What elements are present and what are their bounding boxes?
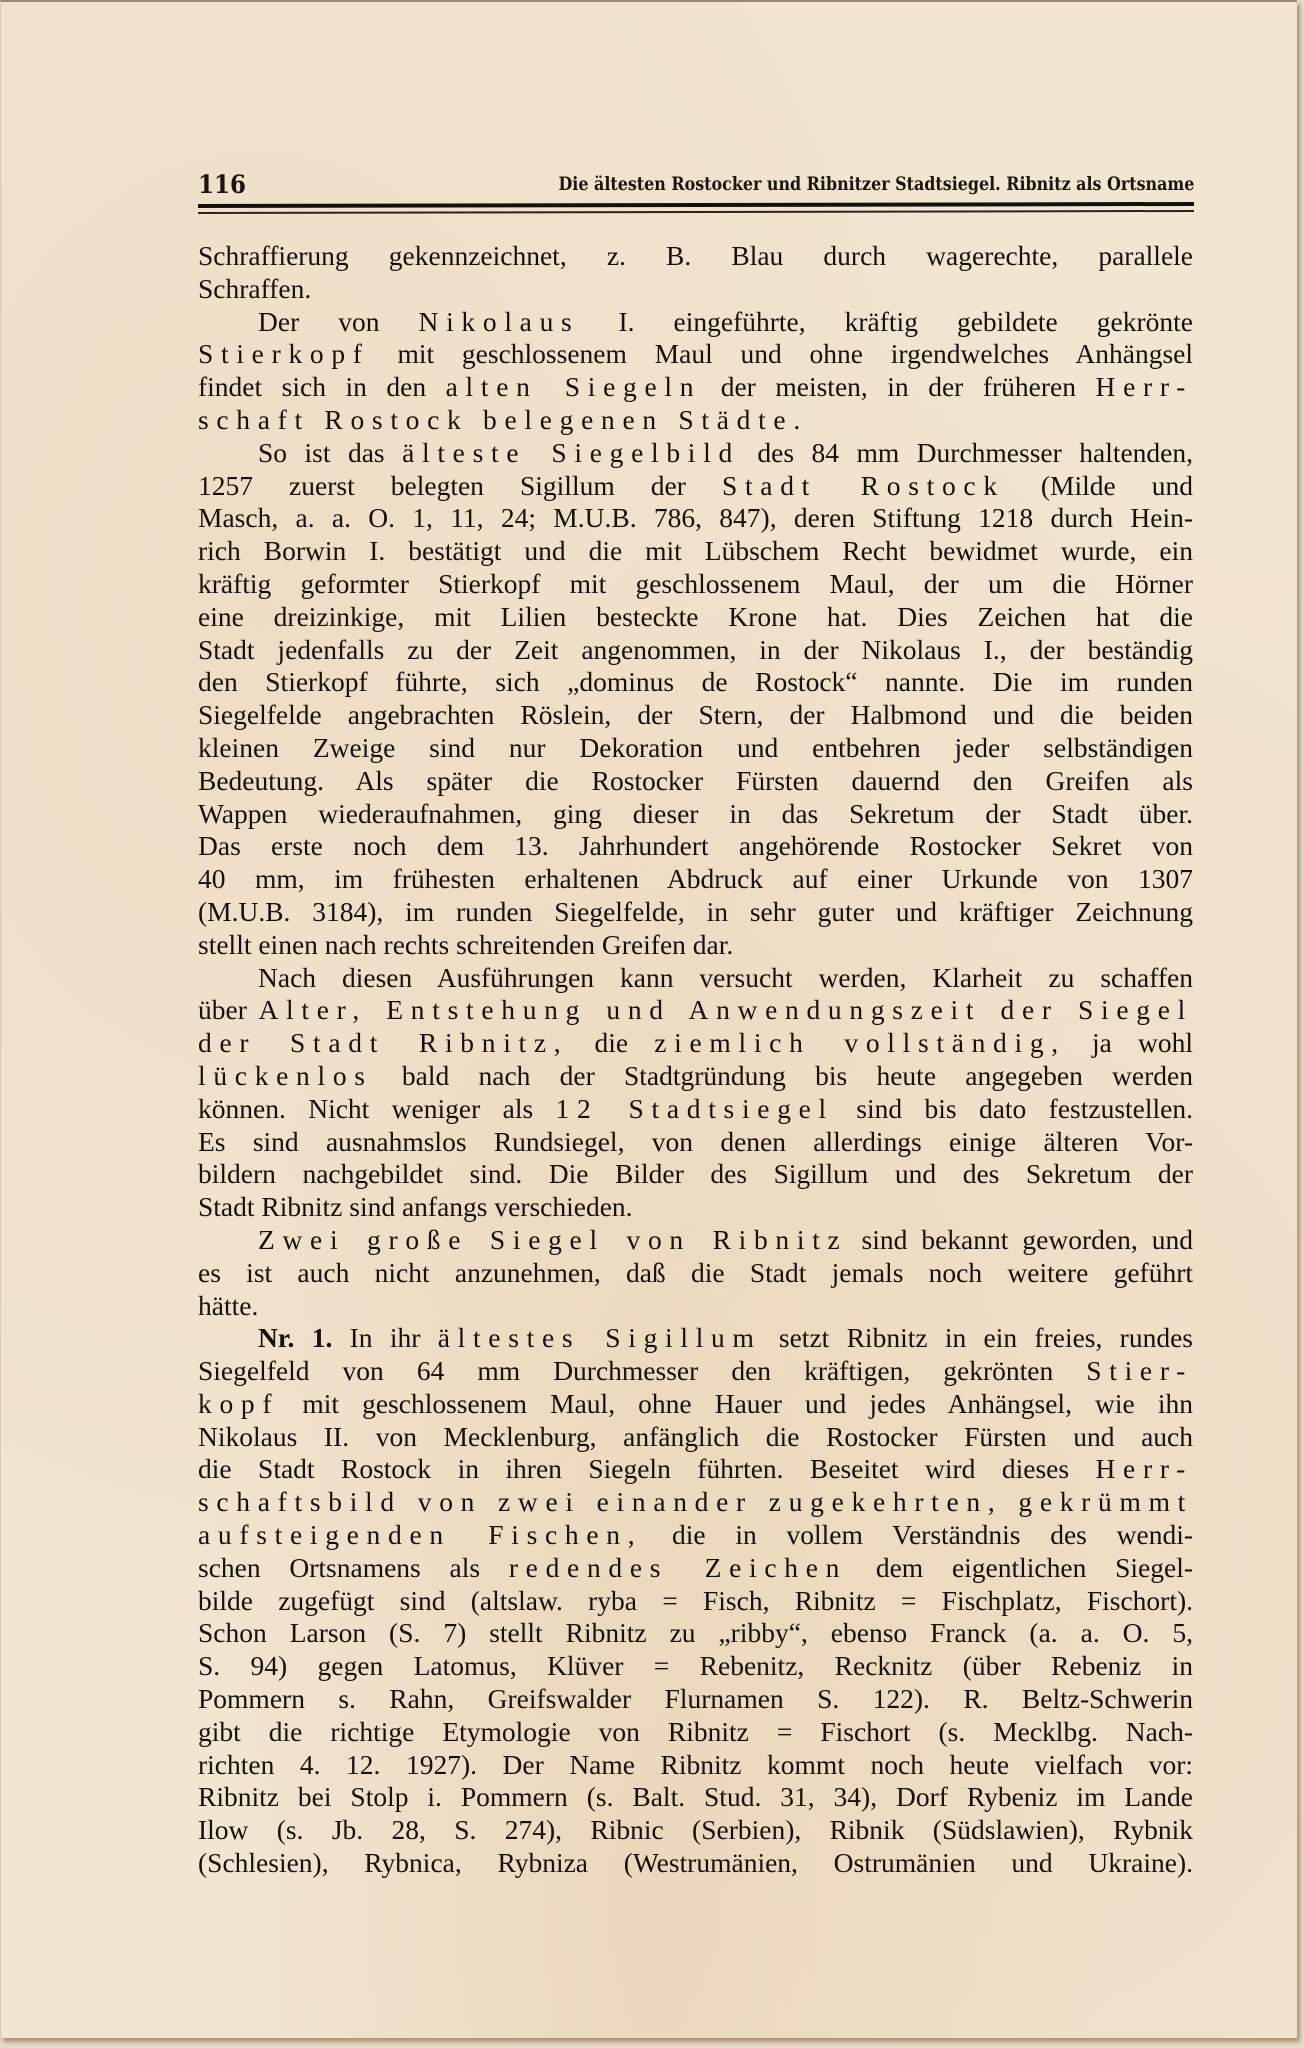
text-line: kopf mit geschlossenem Maul, ohne Hauer … <box>198 1388 1193 1421</box>
text-line: Stadt jedenfalls zu der Zeit angenommen,… <box>198 634 1193 667</box>
text-line: Stadt Ribnitz sind anfangs verschieden. <box>198 1191 1193 1224</box>
text-run: findet sich in den <box>198 371 446 402</box>
spaced-emphasis: der Stadt Ribnitz, <box>198 1027 568 1058</box>
text-run: über <box>198 994 259 1025</box>
text-line: der Stadt Ribnitz, die ziemlich vollstän… <box>198 1027 1193 1060</box>
text-line: schaft Rostock belegenen Städte. <box>198 404 1193 437</box>
text-run: I. eingeführte, kräftig gebildete gekrön… <box>579 306 1193 337</box>
text-line: Masch, a. a. O. 1, 11, 24; M.U.B. 786, 8… <box>198 502 1193 535</box>
seal-number-label: Nr. 1. <box>258 1322 332 1353</box>
text-line: findet sich in den alten Siegeln der mei… <box>198 371 1193 404</box>
header-rule-thin <box>198 210 1194 214</box>
text-line: kräftig geformter Stierkopf mit geschlos… <box>198 568 1193 601</box>
spaced-emphasis: schaftsbild von zwei einander zugekehrte… <box>198 1486 1193 1517</box>
spaced-emphasis: Stier- <box>1086 1355 1193 1386</box>
text-line: 40 mm, im frühesten erhaltenen Abdruck a… <box>198 863 1193 896</box>
text-line: Ilow (s. Jb. 28, S. 274), Ribnic (Serbie… <box>198 1814 1193 1847</box>
spaced-emphasis: Stadt Rostock <box>722 470 1005 501</box>
text-line: schen Ortsnamens als redendes Zeichen de… <box>198 1552 1193 1585</box>
text-line: Zwei große Siegel von Ribnitz sind bekan… <box>198 1224 1193 1257</box>
spaced-emphasis: kopf <box>198 1388 279 1419</box>
text-line: Nach diesen Ausführungen kann versucht w… <box>198 962 1193 995</box>
text-run: mit geschlossenem Maul, ohne Hauer und j… <box>279 1388 1193 1419</box>
spaced-emphasis: schaft Rostock belegenen Städte. <box>198 404 808 435</box>
spaced-emphasis: aufsteigenden Fischen, <box>198 1519 642 1550</box>
text-line: (M.U.B. 3184), im runden Siegelfelde, in… <box>198 896 1193 929</box>
text-line: Ribnitz bei Stolp i. Pommern (s. Balt. S… <box>198 1781 1193 1814</box>
text-run: Siegelfeld von 64 mm Durchmesser den krä… <box>198 1355 1086 1386</box>
text-run: können. Nicht weniger als <box>198 1093 556 1124</box>
text-run: 1257 zuerst belegten Sigillum der <box>198 470 722 501</box>
text-line: Schraffen. <box>198 273 1193 306</box>
text-line: bilde zugefügt sind (altslaw. ryba = Fis… <box>198 1585 1193 1618</box>
spaced-emphasis: Herr- <box>1096 371 1194 402</box>
text-line: Es sind ausnahmslos Rundsiegel, von dene… <box>198 1126 1193 1159</box>
text-line: So ist das älteste Siegelbild des 84 mm … <box>198 437 1193 470</box>
text-line: eine dreizinkige, mit Lilien besteckte K… <box>198 601 1193 634</box>
text-line: 1257 zuerst belegten Sigillum der Stadt … <box>198 470 1193 503</box>
text-run: ja wohl <box>1066 1027 1193 1058</box>
text-line: schaftsbild von zwei einander zugekehrte… <box>198 1486 1193 1519</box>
text-run: die <box>568 1027 654 1058</box>
spaced-emphasis: älteste Siegelbild <box>402 437 740 468</box>
text-line: Stierkopf mit geschlossenem Maul und ohn… <box>198 338 1193 371</box>
spaced-emphasis: Zwei große Siegel von Ribnitz <box>258 1224 847 1255</box>
text-line: richten 4. 12. 1927). Der Name Ribnitz k… <box>198 1749 1193 1782</box>
spaced-emphasis: 12 Stadtsiegel <box>556 1093 834 1124</box>
body-text: Schraffierung gekennzeichnet, z. B. Blau… <box>198 240 1193 1880</box>
text-line: es ist auch nicht anzunehmen, daß die St… <box>198 1257 1193 1290</box>
text-line: Bedeutung. Als später die Rostocker Fürs… <box>198 765 1193 798</box>
text-line: die Stadt Rostock in ihren Siegeln führt… <box>198 1453 1193 1486</box>
text-line: Wappen wiederaufnahmen, ging dieser in d… <box>198 798 1193 831</box>
spaced-emphasis: alten Siegeln <box>446 371 702 402</box>
text-run: der meisten, in der früheren <box>701 371 1095 402</box>
text-run: bald nach der Stadtgründung bis heute an… <box>373 1060 1193 1091</box>
spaced-emphasis: redendes Zeichen <box>509 1552 847 1583</box>
spaced-emphasis: Stierkopf <box>198 338 370 369</box>
text-run: schen Ortsnamens als <box>198 1552 509 1583</box>
text-line: kleinen Zweige sind nur Dekoration und e… <box>198 732 1193 765</box>
text-run: die in vollem Verständnis des wendi- <box>642 1519 1193 1550</box>
text-run: setzt Ribnitz in ein freies, rundes <box>762 1322 1193 1353</box>
text-line: Nr. 1. In ihr ältestes Sigillum setzt Ri… <box>198 1322 1193 1355</box>
text-line: lückenlos bald nach der Stadtgründung bi… <box>198 1060 1193 1093</box>
text-line: (Schlesien), Rybnica, Rybniza (Westrumän… <box>198 1847 1193 1880</box>
text-line: können. Nicht weniger als 12 Stadtsiegel… <box>198 1093 1193 1126</box>
text-line: Schon Larson (S. 7) stellt Ribnitz zu „r… <box>198 1617 1193 1650</box>
text-line: Das erste noch dem 13. Jahrhundert angeh… <box>198 830 1193 863</box>
spaced-emphasis: lückenlos <box>198 1060 373 1091</box>
document-page: 116 Die ältesten Rostocker und Ribnitzer… <box>0 0 1297 2038</box>
header-rule-thick <box>198 202 1194 208</box>
text-run: die Stadt Rostock in ihren Siegeln führt… <box>198 1453 1096 1484</box>
text-run: (Milde und <box>1005 470 1193 501</box>
text-line: aufsteigenden Fischen, die in vollem Ver… <box>198 1519 1193 1552</box>
page-number: 116 <box>198 168 246 202</box>
text-run: sind bekannt geworden, und <box>847 1224 1193 1255</box>
spaced-emphasis: Alter, Entstehung und Anwendungszeit der… <box>259 994 1193 1025</box>
text-line: bildern nachgebildet sind. Die Bilder de… <box>198 1158 1193 1191</box>
text-run: des 84 mm Durchmesser haltenden, <box>740 437 1193 468</box>
text-line: gibt die richtige Etymologie von Ribnitz… <box>198 1716 1193 1749</box>
text-line: Siegelfelde angebrachten Röslein, der St… <box>198 699 1193 732</box>
text-line: rich Borwin I. bestätigt und die mit Lüb… <box>198 535 1193 568</box>
text-line: Schraffierung gekennzeichnet, z. B. Blau… <box>198 240 1193 273</box>
text-line: über Alter, Entstehung und Anwendungszei… <box>198 994 1193 1027</box>
text-line: Siegelfeld von 64 mm Durchmesser den krä… <box>198 1355 1193 1388</box>
text-run: Der von <box>258 306 419 337</box>
text-line: Pommern s. Rahn, Greifswalder Flurnamen … <box>198 1683 1193 1716</box>
text-line: den Stierkopf führte, sich „dominus de R… <box>198 666 1193 699</box>
running-head: 116 Die ältesten Rostocker und Ribnitzer… <box>198 168 1194 202</box>
spaced-emphasis: ziemlich vollständig, <box>654 1027 1066 1058</box>
text-line: Nikolaus II. von Mecklenburg, anfänglich… <box>198 1421 1193 1454</box>
text-run: In ihr <box>332 1322 437 1353</box>
running-title: Die ältesten Rostocker und Ribnitzer Sta… <box>558 168 1194 202</box>
text-run: sind bis dato festzustellen. <box>834 1093 1193 1124</box>
text-run: mit geschlossenem Maul und ohne irgendwe… <box>370 338 1193 369</box>
text-line: hätte. <box>198 1290 1193 1323</box>
text-line: S. 94) gegen Latomus, Klüver = Rebenitz,… <box>198 1650 1193 1683</box>
text-run: So ist das <box>258 437 402 468</box>
spaced-emphasis: Nikolaus <box>419 306 580 337</box>
text-run: dem eigentlichen Siegel- <box>847 1552 1193 1583</box>
spaced-emphasis: Herr- <box>1096 1453 1194 1484</box>
text-line: Der von Nikolaus I. eingeführte, kräftig… <box>198 306 1193 339</box>
spaced-emphasis: ältestes Sigillum <box>438 1322 762 1353</box>
text-line: stellt einen nach rechts schreitenden Gr… <box>198 929 1193 962</box>
